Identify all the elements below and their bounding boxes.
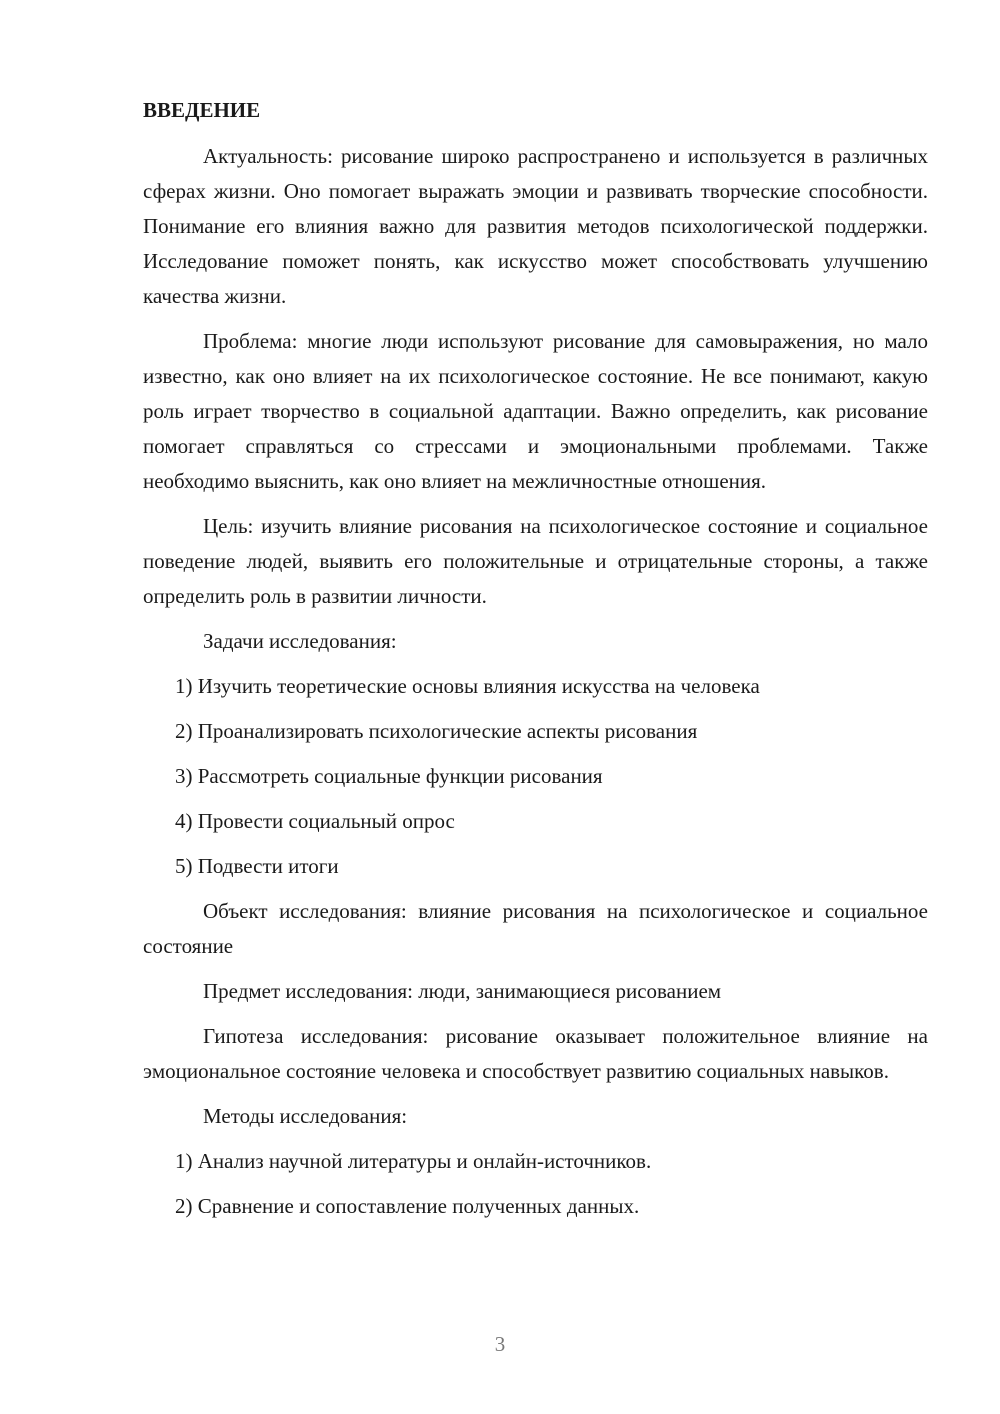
relevance-paragraph: Актуальность: рисование широко распростр…	[143, 139, 928, 314]
document-page: ВВЕДЕНИЕ Актуальность: рисование широко …	[0, 0, 1000, 1414]
methods-heading: Методы исследования:	[143, 1099, 928, 1134]
task-item: 5) Подвести итоги	[143, 849, 928, 884]
method-item: 1) Анализ научной литературы и онлайн-ис…	[143, 1144, 928, 1179]
object-paragraph: Объект исследования: влияние рисования н…	[143, 894, 928, 964]
goal-paragraph: Цель: изучить влияние рисования на психо…	[143, 509, 928, 614]
task-item: 1) Изучить теоретические основы влияния …	[143, 669, 928, 704]
task-item: 4) Провести социальный опрос	[143, 804, 928, 839]
method-item: 2) Сравнение и сопоставление полученных …	[143, 1189, 928, 1224]
problem-paragraph: Проблема: многие люди используют рисован…	[143, 324, 928, 499]
hypothesis-paragraph: Гипотеза исследования: рисование оказыва…	[143, 1019, 928, 1089]
page-content: ВВЕДЕНИЕ Актуальность: рисование широко …	[143, 93, 928, 1224]
task-item: 3) Рассмотреть социальные функции рисова…	[143, 759, 928, 794]
tasks-heading: Задачи исследования:	[143, 624, 928, 659]
subject-paragraph: Предмет исследования: люди, занимающиеся…	[143, 974, 928, 1009]
task-item: 2) Проанализировать психологические аспе…	[143, 714, 928, 749]
page-number: 3	[0, 1332, 1000, 1357]
page-title: ВВЕДЕНИЕ	[143, 93, 928, 128]
